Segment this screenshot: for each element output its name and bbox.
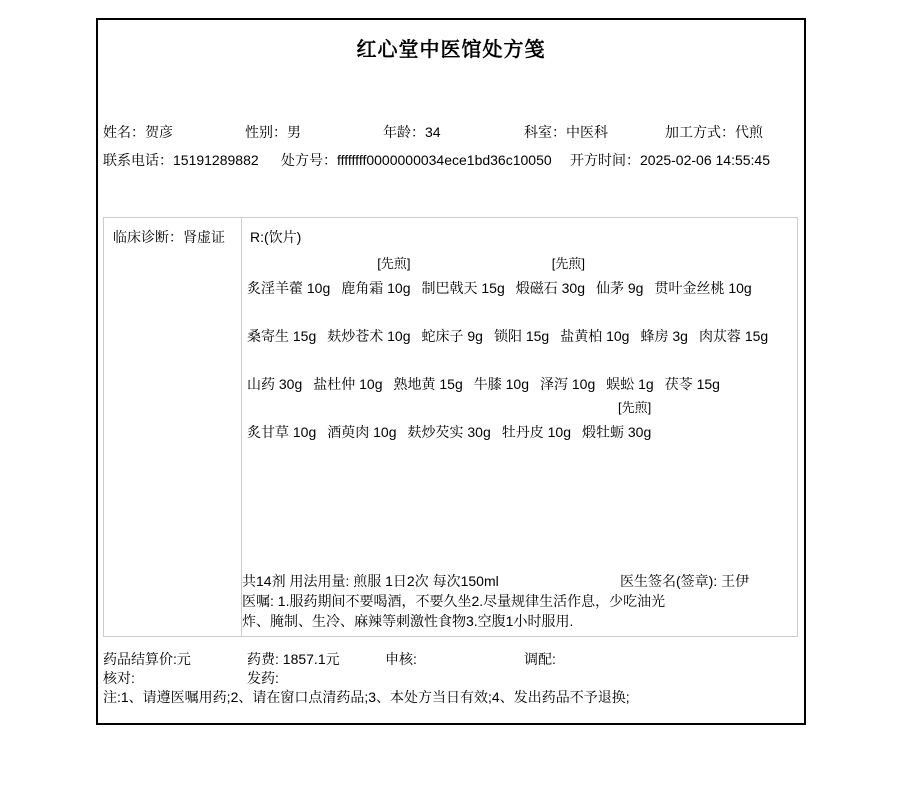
rx-number-label: 处方号： (281, 152, 337, 168)
herb-row: 桑寄生 15g 麸炒苍术 10g 蛇床子 9g 锁阳 15g 盐黄柏 10g 蜂… (247, 301, 807, 349)
decoct-first-label (422, 301, 483, 323)
patient-name-field: 姓名：贺彦 (103, 122, 173, 142)
decoct-first-label: [先煎] (582, 397, 651, 419)
decoct-first-label (474, 349, 529, 371)
fee-label: 药费: (247, 651, 279, 667)
processing-method-label: 加工方式： (665, 124, 735, 140)
decoct-first-label (247, 253, 330, 275)
settle-price-field: 药品结算价:元 (103, 649, 191, 669)
medical-advice-line-1: 医嘱: 1.服药期间不要喝酒，不要久坐2.尽量规律生活作息，少吃油光 (242, 591, 665, 611)
department-field: 科室：中医科 (524, 122, 608, 142)
herb-name-dose: 酒萸肉 10g (327, 419, 396, 445)
dispense-field: 发药: (247, 668, 279, 688)
herb-item: 泽泻 10g (540, 349, 595, 397)
herb-item: 盐杜仲 10g (313, 349, 382, 397)
phone-field: 联系电话：15191289882 (103, 150, 259, 170)
herb-name-dose: 泽泻 10g (540, 371, 595, 397)
decoct-first-label (494, 301, 549, 323)
herb-name-dose: 制巴戟天 15g (422, 275, 505, 301)
doctor-signature: 医生签名(签章): 王伊 (620, 571, 749, 591)
herb-item: 制巴戟天 15g (422, 253, 505, 301)
decoct-first-label (596, 253, 643, 275)
herb-name-dose: 炙甘草 10g (247, 419, 316, 445)
herb-item: 麸炒芡实 30g (408, 397, 491, 445)
decoct-first-label (327, 397, 396, 419)
decoct-first-label (654, 253, 751, 275)
herb-name-dose: 肉苁蓉 15g (699, 323, 768, 349)
review-field: 申核: (385, 649, 417, 669)
herb-item: 茯苓 15g (665, 349, 720, 397)
page-title: 红心堂中医馆处方笺 (96, 33, 806, 62)
department-value: 中医科 (566, 124, 608, 140)
decoct-first-label (313, 349, 382, 371)
issue-time-field: 开方时间：2025-02-06 14:55:45 (570, 150, 770, 170)
clinical-diagnosis-label: 临床诊断： (113, 229, 183, 245)
decoct-first-label (640, 301, 687, 323)
herb-name-dose: 牡丹皮 10g (502, 419, 571, 445)
total-doses: 共14剂 (242, 573, 286, 589)
herb-item: 炙淫羊藿 10g (247, 253, 330, 301)
herb-item: 贯叶金丝桃 10g (654, 253, 751, 301)
herb-row: 炙甘草 10g 酒萸肉 10g 麸炒芡实 30g 牡丹皮 10g[先煎]煅牡蛎 … (247, 397, 807, 445)
herb-name-dose: 山药 30g (247, 371, 302, 397)
clinical-diagnosis-value: 肾虚证 (183, 229, 225, 245)
decoct-first-label (327, 301, 410, 323)
herb-name-dose: 鹿角霜 10g (341, 275, 410, 301)
herb-item: 麸炒苍术 10g (327, 301, 410, 349)
herb-name-dose: 煅牡蛎 30g (582, 419, 651, 445)
herb-item: [先煎]煅牡蛎 30g (582, 397, 651, 445)
decoct-first-label (665, 349, 720, 371)
herb-name-dose: 蜈蚣 1g (606, 371, 653, 397)
herb-name-dose: 煅磁石 30g (516, 275, 585, 301)
processing-method-field: 加工方式：代煎 (665, 122, 763, 142)
prescription-page: 红心堂中医馆处方笺 姓名：贺彦 性别：男 年龄：34 科室：中医科 加工方式：代… (0, 0, 900, 800)
dosage-line: 共14剂 用法用量: 煎服 1日2次 每次150ml (242, 571, 665, 591)
herb-name-dose: 盐杜仲 10g (313, 371, 382, 397)
herb-item: 酒萸肉 10g (327, 397, 396, 445)
decoct-first-label (540, 349, 595, 371)
herb-item: 肉苁蓉 15g (699, 301, 768, 349)
herb-name-dose: 牛膝 10g (474, 371, 529, 397)
herb-name-dose: 茯苓 15g (665, 371, 720, 397)
herb-item: 蛇床子 9g (422, 301, 483, 349)
patient-age-value: 34 (425, 124, 441, 140)
herb-name-dose: 贯叶金丝桃 10g (654, 275, 751, 301)
issue-time-value: 2025-02-06 14:55:45 (640, 152, 770, 168)
processing-method-value: 代煎 (735, 124, 763, 140)
decoct-first-label (247, 397, 316, 419)
rx-number-field: 处方号：ffffffff0000000034ece1bd36c10050 (281, 150, 552, 170)
herb-name-dose: 炙淫羊藿 10g (247, 275, 330, 301)
herb-item: 熟地黄 15g (394, 349, 463, 397)
phone-value: 15191289882 (173, 152, 259, 168)
decoct-first-label: [先煎] (516, 253, 585, 275)
herb-item: 仙茅 9g (596, 253, 643, 301)
herb-item: 锁阳 15g (494, 301, 549, 349)
decoct-first-label (247, 349, 302, 371)
herb-name-dose: 蜂房 3g (640, 323, 687, 349)
patient-gender-label: 性别： (245, 124, 287, 140)
decoct-first-label (699, 301, 768, 323)
decoct-first-label (247, 301, 316, 323)
herb-name-dose: 熟地黄 15g (394, 371, 463, 397)
herb-item: 牡丹皮 10g (502, 397, 571, 445)
decoct-first-label (502, 397, 571, 419)
rx-number-value: ffffffff0000000034ece1bd36c10050 (337, 152, 552, 168)
herb-name-dose: 麸炒芡实 30g (408, 419, 491, 445)
herb-item: 牛膝 10g (474, 349, 529, 397)
patient-age-label: 年龄： (383, 124, 425, 140)
decoct-first-label (422, 253, 505, 275)
fee-value: 1857.1元 (283, 651, 340, 667)
herb-item: 蜈蚣 1g (606, 349, 653, 397)
medical-advice-line-2: 炸、腌制、生冷、麻辣等刺激性食物3.空腹1小时服用. (242, 611, 665, 631)
herb-item: 蜂房 3g (640, 301, 687, 349)
herb-name-dose: 锁阳 15g (494, 323, 549, 349)
decoct-first-label: [先煎] (341, 253, 410, 275)
herb-name-dose: 麸炒苍术 10g (327, 323, 410, 349)
fee-field: 药费: 1857.1元 (247, 649, 340, 669)
patient-gender-value: 男 (287, 124, 301, 140)
issue-time-label: 开方时间： (570, 152, 640, 168)
patient-name-label: 姓名： (103, 124, 145, 140)
decoct-first-label (560, 301, 629, 323)
department-label: 科室： (524, 124, 566, 140)
herb-item: [先煎]鹿角霜 10g (341, 253, 410, 301)
prepare-field: 调配: (524, 649, 556, 669)
footer-notes: 注:1、请遵医嘱用药;2、请在窗口点清药品;3、本处方当日有效;4、发出药品不予… (103, 687, 630, 707)
herb-item: 山药 30g (247, 349, 302, 397)
herb-row: 炙淫羊藿 10g[先煎]鹿角霜 10g 制巴戟天 15g[先煎]煅磁石 30g … (247, 253, 807, 301)
usage-instructions: 用法用量: 煎服 1日2次 每次150ml (289, 573, 498, 589)
patient-age-field: 年龄：34 (383, 122, 441, 142)
herb-item: [先煎]煅磁石 30g (516, 253, 585, 301)
herb-name-dose: 蛇床子 9g (422, 323, 483, 349)
herb-row: 山药 30g 盐杜仲 10g 熟地黄 15g 牛膝 10g 泽泻 10g 蜈蚣 … (247, 349, 807, 397)
decoct-first-label (394, 349, 463, 371)
check-field: 核对: (103, 668, 135, 688)
patient-name-value: 贺彦 (145, 124, 173, 140)
clinical-diagnosis: 临床诊断：肾虚证 (113, 227, 225, 247)
herb-item: 盐黄柏 10g (560, 301, 629, 349)
herb-item: 桑寄生 15g (247, 301, 316, 349)
usage-block: 共14剂 用法用量: 煎服 1日2次 每次150ml 医嘱: 1.服药期间不要喝… (242, 571, 665, 631)
rx-header: R:(饮片) (250, 227, 301, 247)
patient-gender-field: 性别：男 (245, 122, 301, 142)
phone-label: 联系电话： (103, 152, 173, 168)
doctor-signature-label: 医生签名(签章): (620, 573, 717, 589)
herb-name-dose: 盐黄柏 10g (560, 323, 629, 349)
doctor-name: 王伊 (721, 573, 749, 589)
herb-item: 炙甘草 10g (247, 397, 316, 445)
decoct-first-label (606, 349, 653, 371)
herb-name-dose: 桑寄生 15g (247, 323, 316, 349)
herb-name-dose: 仙茅 9g (596, 275, 643, 301)
herb-rows: 炙淫羊藿 10g[先煎]鹿角霜 10g 制巴戟天 15g[先煎]煅磁石 30g … (247, 253, 807, 445)
decoct-first-label (408, 397, 491, 419)
